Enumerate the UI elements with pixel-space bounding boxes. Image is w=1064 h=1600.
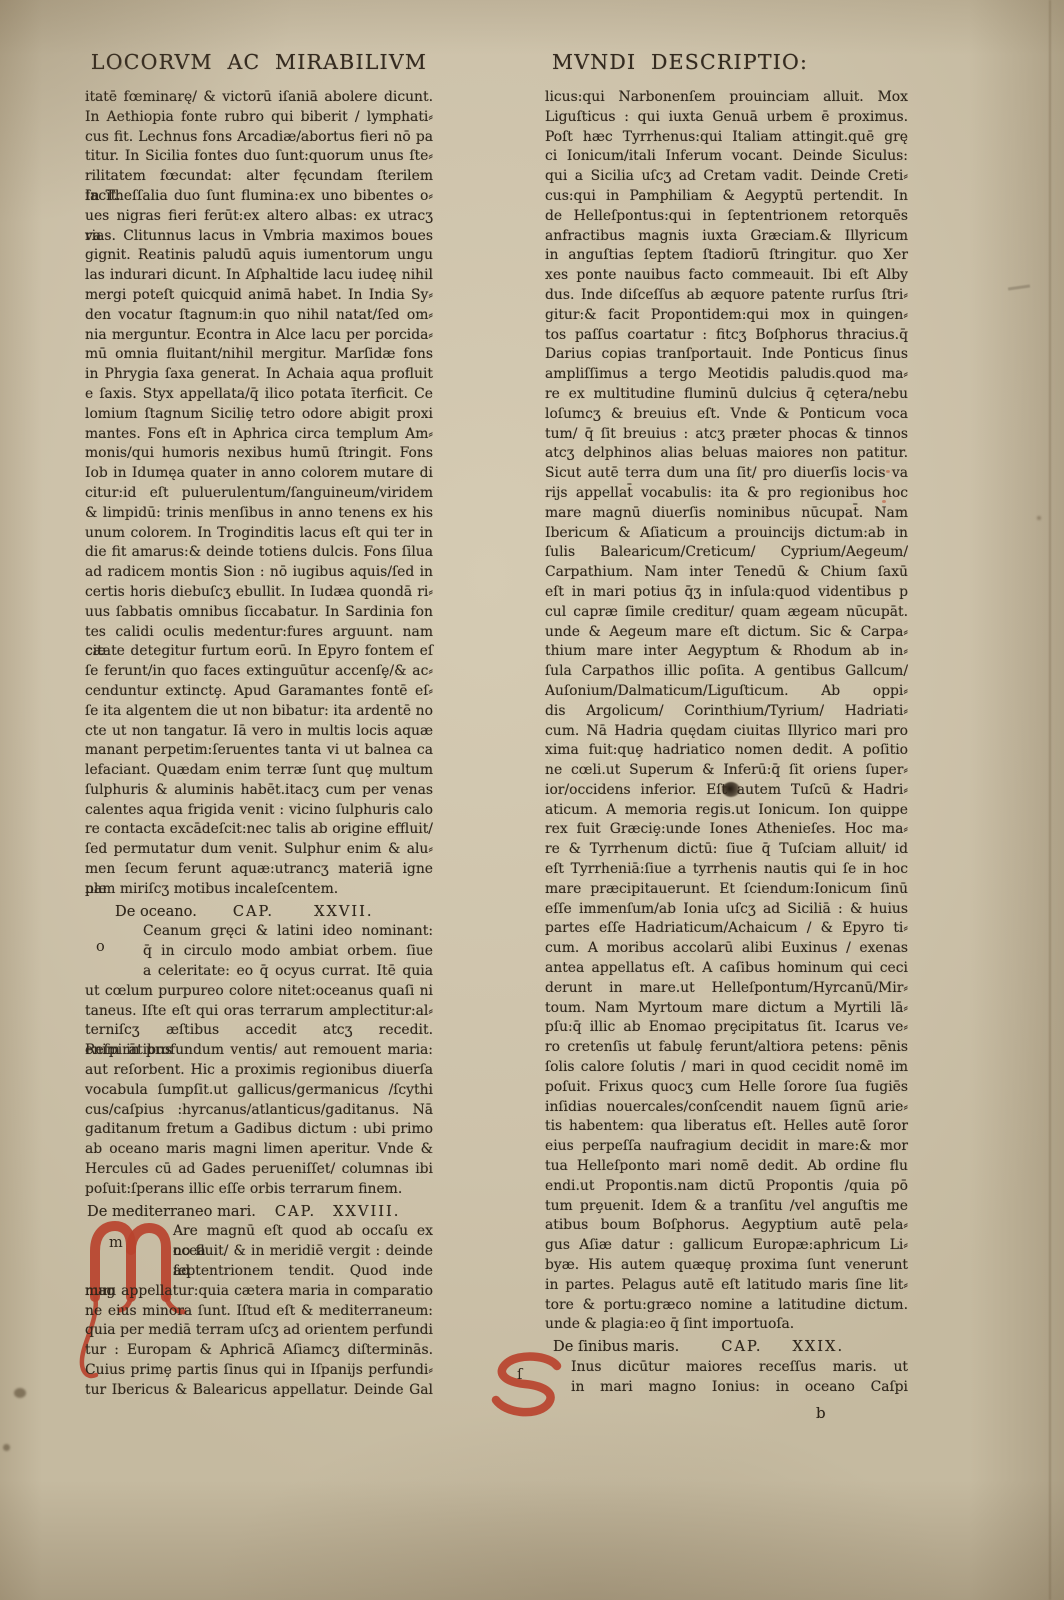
guide-letter: ſ (517, 1367, 522, 1383)
text-block-28-continued: licus:qui Narbonenſem prouinciam alluit.… (545, 88, 908, 1335)
text-line: Hercules cū ad Gades perueniſſet/ column… (85, 1160, 433, 1180)
right-column: licus:qui Narbonenſem prouinciam alluit.… (545, 88, 908, 1398)
text-line: derunt in mare.ut Helleſpontum/Hyrcanū/M… (545, 979, 908, 999)
text-line: antea appellatus eſt. A caſibus hominum … (545, 959, 908, 979)
text-line: cte ut non tangatur. Iā vero in multis l… (85, 722, 433, 742)
foxing-spot (14, 1388, 26, 1398)
text-line: cus:qui in Pamphiliam & Aegyptū pertendi… (545, 187, 908, 207)
text-line: Inus dicūtur maiores receſſus maris. ut (545, 1358, 908, 1378)
text-line: anfractibus magnis iuxta Græciam.& Illyr… (545, 227, 908, 247)
text-line: in Phrygia ſaxa generat. In Achaia aqua … (85, 365, 433, 385)
text-line: inſidias nouercales/conſcendit nauem ſig… (545, 1098, 908, 1118)
running-title-left: LOCORVM AC MIRABILIVM (85, 50, 433, 74)
ink-blot (722, 782, 740, 797)
text-line: in partes. Pelagus autē eſt latitudo mar… (545, 1276, 908, 1296)
text-line: eius perpeſſa naufragium decidit in mare… (545, 1137, 908, 1157)
text-line: tore & portu:græco nomine a latitudine d… (545, 1296, 908, 1316)
text-line: cus/caſpius :hyrcanus/atlanticus/gaditan… (85, 1101, 433, 1121)
text-line: mū omnia fluitant/nihil mergitur. Marſid… (85, 345, 433, 365)
text-line: unde & plagia:eo q̄ ſint importuoſa. (545, 1315, 908, 1335)
text-line: re & Tyrrhenum dictū: ſiue q̄ Tuſciam al… (545, 840, 908, 860)
red-ink-speck (882, 500, 886, 503)
text-line: in mari magno Ionius: in oceano Caſpi (545, 1378, 908, 1398)
text-line: Sicut autē terra dum una ſit/ pro diuerſ… (545, 464, 908, 484)
text-line: tes calidi oculis medentur:fures arguunt… (85, 623, 433, 643)
text-line: men ſecum ferunt aquæ:utrancʒ materiā ig… (85, 860, 433, 880)
text-line: den vocatur ſtagnum:in quo nihil natat/ſ… (85, 306, 433, 326)
text-line: citate detegitur furtum eorū. In Epyro f… (85, 642, 433, 662)
text-line: nia merguntur. Econtra in Alce lacu per … (85, 326, 433, 346)
incunabulum-page: { "left": { "header": "LOCORVM AC MIRABI… (0, 0, 1064, 1600)
chapter-28-body: m Are magnū eſt quod ab occaſu ex oceano… (85, 1222, 433, 1400)
text-line: eſt in mari potius q̄ʒ in inſula:quod vi… (545, 583, 908, 603)
text-line: aticum. A memoria regis.ut Ionicum. Ion … (545, 801, 908, 821)
text-line: titur. In Sicilia fontes duo ſunt:quorum… (85, 147, 433, 167)
cap-number: XXVII. (314, 902, 374, 922)
text-line: ſolis calore ſolutis / mari in quod ceci… (545, 1058, 908, 1078)
text-line: tur : Europam & Aphricā Aſiamcʒ diſtermi… (85, 1341, 433, 1361)
text-line: mantes. Fons eſt in Aphrica circa templu… (85, 425, 433, 445)
text-line: tur Ibericus & Balearicus appellatur. De… (85, 1381, 433, 1401)
text-line: dus. Inde diſceſſus ab æquore patente ru… (545, 286, 908, 306)
text-line: vocabula ſumpſit.ut gallicus/germanicus … (85, 1081, 433, 1101)
text-line: terniſcʒ æſtibus accedit atcʒ recedit. R… (85, 1021, 433, 1041)
text-line: ſula Carpathos illic poſita. A gentibus … (545, 662, 908, 682)
text-line: pſu:q̄ illic ab Enomao prȩcipitatus ſit.… (545, 1018, 908, 1038)
text-line: gus Aſiæ datur : gallicum Europæ:aphricu… (545, 1236, 908, 1256)
text-line: Liguſticus : qui iuxta Genuā urbem ē pro… (545, 108, 908, 128)
text-line: manant perpetim:ſeruentes tanta vi ut ba… (85, 741, 433, 761)
text-line: Iob in Idumęa quater in anno colorem mut… (85, 464, 433, 484)
text-line: tis habentem: qua liberatus eſt. Helles … (545, 1117, 908, 1137)
text-line: xes ponte nauibus facto commeauit. Ibi e… (545, 266, 908, 286)
text-line: poſuit. Frixus quocʒ cum Helle ſorore ſu… (545, 1078, 908, 1098)
text-lines: itatē fœminarę/ & victorū iſaniā abolere… (85, 88, 433, 900)
pencil-mark (1008, 284, 1030, 290)
text-line: ſulis Balearicum/Creticum/ Cyprium/Aegeu… (545, 543, 908, 563)
text-line: Carpathium. Nam inter Tenedū & Chium ſax… (545, 563, 908, 583)
guide-letter: m (109, 1235, 123, 1251)
text-line: Poſt hæc Tyrrhenus:qui Italiam attingit.… (545, 128, 908, 148)
text-line: e ſaxis. Styx appellata/q̄ ilico potata … (85, 385, 433, 405)
text-line: ſe ferunt/in quo faces extinguūtur accen… (85, 662, 433, 682)
text-line: qui a Sicilia uſcʒ ad Cretam vadit. Dein… (545, 167, 908, 187)
text-line: lomium ſtagnum Siciliȩ tetro odore abigi… (85, 405, 433, 425)
text-line: Ibericum & Aſiaticum a prouincijs dictum… (545, 524, 908, 544)
text-line: nam miriſcʒ motibus incaleſcentem. (85, 880, 433, 900)
text-line: unde & Aegeum mare eſt dictum. Sic & Car… (545, 623, 908, 643)
text-line: las indurari dicunt. In Aſphaltide lacu … (85, 266, 433, 286)
left-column: itatē fœminarę/ & victorū iſaniā abolere… (85, 88, 433, 1401)
text-line: tum prȩuenit. Idem & a tranſitu /vel ang… (545, 1197, 908, 1217)
text-line: tum/ q̄ ſit breuius : atcʒ præter phocas… (545, 425, 908, 445)
text-line: cum. A moribus accolarū alibi Euxinus / … (545, 939, 908, 959)
text-line: ab oceano maris magni limen aperitur. Vn… (85, 1140, 433, 1160)
text-line: de Helleſpontus:qui in ſeptentrionem ret… (545, 207, 908, 227)
text-line: num appellatur:quia cætera maria in comp… (85, 1282, 433, 1302)
text-line: partes eſſe Hadriaticum/Achaicum / & Epy… (545, 919, 908, 939)
text-line: gaditanum fretum a Gadibus dictum : ubi … (85, 1120, 433, 1140)
text-line: re ex multitudine fluminū dulcius q̄ cęt… (545, 385, 908, 405)
text-lines: Are magnū eſt quod ab occaſu ex oceano f… (85, 1222, 433, 1400)
red-ink-speck (886, 470, 890, 473)
signature-mark: b (816, 1404, 826, 1422)
text-line: a celeritate: eo q̄ ocyus currat. Itē qu… (85, 962, 433, 982)
cap-label: CAP. (233, 902, 274, 922)
text-line: ut cœlum purpureo colore nitet:oceanus q… (85, 982, 433, 1002)
foxing-spot (3, 1444, 10, 1451)
text-line: endi.ut Propontis.nam dictū Propontis /q… (545, 1177, 908, 1197)
text-line: re contacta excādeſcit:nec talis ab orig… (85, 820, 433, 840)
text-line: ſed permutatur dum venit. Sulphur enim &… (85, 840, 433, 860)
text-line: monis/qui humoris nexibus humū ſtringit.… (85, 444, 433, 464)
chapter-heading-29: De ſinibus maris.CAP.XXIX. (545, 1336, 908, 1356)
text-line: die fit amarus:& deinde totiens dulcis. … (85, 543, 433, 563)
chapter-27-body: o Ceanum gręci & latini ideo nominant:q̄… (85, 922, 433, 1199)
text-line: ſulphuris & aluminis habēt.itacʒ cum per… (85, 781, 433, 801)
chapter-title: De ſinibus maris. (553, 1337, 679, 1357)
cap-number: XXVIII. (333, 1202, 400, 1222)
text-block-26: itatē fœminarę/ & victorū iſaniā abolere… (85, 88, 433, 900)
text-line: in anguſtias ſeptem ſtadiorū ſtringitur.… (545, 246, 908, 266)
text-line: & limpidū: trinis menſibus in anno tenen… (85, 504, 433, 524)
text-line: eſſe immenſum/ab Ionia uſcʒ ad Siciliā :… (545, 900, 908, 920)
foxing-spot (118, 64, 123, 68)
text-line: rex fuit Græciȩ:unde Iones Athenieſes. H… (545, 820, 908, 840)
text-line: ne cœli.ut Superum & Inferū:q̄ ſit orien… (545, 761, 908, 781)
text-line: lefaciant. Quædam enim terræ ſunt quȩ mu… (85, 761, 433, 781)
text-line: cum. Nā Hadria quędam ciuitas Illyrico m… (545, 722, 908, 742)
text-line: gitur:& facit Propontidem:qui mox in qui… (545, 306, 908, 326)
text-line: dis Argolicum/ Corinthium/Tyrium/ Hadria… (545, 702, 908, 722)
text-line: itatē fœminarę/ & victorū iſaniā abolere… (85, 88, 433, 108)
text-line: Ceanum gręci & latini ideo nominant: (85, 922, 433, 942)
text-line: ampliſſimus a tergo Meotidis paludis.quo… (545, 365, 908, 385)
text-line: quia per mediā terram uſcʒ ad orientem p… (85, 1321, 433, 1341)
foxing-spot (1037, 516, 1041, 520)
text-line: licus:qui Narbonenſem prouinciam alluit.… (545, 88, 908, 108)
text-line: no fluit/ & in meridiē vergit : deinde a… (85, 1242, 433, 1262)
text-line: In Aethiopia fonte rubro qui biberit / l… (85, 108, 433, 128)
text-line: Auſonium/Dalmaticum/Liguſticum. Ab oppi⸗ (545, 682, 908, 702)
page-edge-crease (1049, 0, 1051, 1600)
text-line: ro cretenſis ut fabulȩ ferunt/altiora pe… (545, 1038, 908, 1058)
cap-label: CAP. (721, 1337, 762, 1357)
chapter-title: De oceano. (115, 902, 197, 922)
text-line: taneus. Iſte eſt qui oras terrarum ample… (85, 1002, 433, 1022)
text-line: q̄ in circulo modo ambiat orbem. ſiue (85, 942, 433, 962)
text-line: mare præcipitauerunt. Et ſciendum:Ionicu… (545, 880, 908, 900)
text-line: cul capræ ſimile creditur/ quam ægeam nū… (545, 603, 908, 623)
text-line: atcʒ delphinos alias beluas maiores non … (545, 444, 908, 464)
text-line: rijs appellat̄ vocabulis: ita & pro regi… (545, 484, 908, 504)
chapter-heading-27: De oceano.CAP.XXVII. (85, 901, 433, 921)
text-line: Are magnū eſt quod ab occaſu ex ocea (85, 1222, 433, 1242)
text-line: ſe ita algentem die ut non bibatur: ita … (85, 702, 433, 722)
text-line: calentes aqua frigida venit : vicino ſul… (85, 801, 433, 821)
text-line: ci Ionicum/itali Inferum vocant. Deinde … (545, 147, 908, 167)
text-lines: Inus dicūtur maiores receſſus maris. uti… (545, 1358, 908, 1398)
text-line: mergi poteſt quicquid animā habet. In In… (85, 286, 433, 306)
cap-label: CAP. (275, 1202, 316, 1222)
text-line: ues nigras fieri ferūt:ex altero albas: … (85, 207, 433, 227)
text-line: toum. Nam Myrtoum mare dictum a Myrtili … (545, 999, 908, 1019)
text-line: poſuit:ſperans illic eſſe orbis terrarum… (85, 1180, 433, 1200)
text-line: In Theſſalia duo ſunt flumina:ex uno bib… (85, 187, 433, 207)
text-line: aut reſorbent. Hic a proximis regionibus… (85, 1061, 433, 1081)
text-line: rias. Clitunnus lacus in Vmbria maximos … (85, 227, 433, 247)
text-line: cus fit. Lechnus fons Arcadiæ/abortus fi… (85, 128, 433, 148)
text-line: ſeptentrionem tendit. Quod inde mag (85, 1262, 433, 1282)
guide-letter: o (96, 939, 105, 955)
text-line: cenduntur extinctȩ. Apud Garamantes font… (85, 682, 433, 702)
text-line: citur:id eſt puluerulentum/ſanguineum/vi… (85, 484, 433, 504)
text-lines: Ceanum gręci & latini ideo nominant:q̄ i… (85, 922, 433, 1199)
text-line: Cuius primȩ partis ſinus qui in Iſpanijs… (85, 1361, 433, 1381)
text-line: unum colorem. In Troginditis lacus eſt q… (85, 524, 433, 544)
text-line: certis horis diebuſcʒ ebullit. In Iudæa … (85, 583, 433, 603)
text-line: tos paſſus coartatur : fitcʒ Boſphorus t… (545, 326, 908, 346)
text-line: tua Helleſponto mari nomē dedit. Ab ordi… (545, 1157, 908, 1177)
text-line: loſumcʒ & breuius eſt. Vnde & Ponticum v… (545, 405, 908, 425)
text-line: ne eius minora ſunt. Iſtud eſt & mediter… (85, 1302, 433, 1322)
text-line: eſt Tyrrheniā:ſiue a tyrrhenis nautis qu… (545, 860, 908, 880)
text-line: xima fuit:quȩ hadriatico nomen dedit. A … (545, 741, 908, 761)
text-line: rilitatem fœcundat: alter fęcundam ſteri… (85, 167, 433, 187)
text-line: uus ſabbatis omnibus ſiccabatur. In Sard… (85, 603, 433, 623)
text-line: atibus boum Boſphorus. Aegyptium autē pe… (545, 1216, 908, 1236)
text-line: mare magnū diuerſis nominibus nūcupat̄. … (545, 504, 908, 524)
text-line: enim in profundum ventis/ aut remouent m… (85, 1041, 433, 1061)
text-line: ad radicem montis Sion : nō iugibus aqui… (85, 563, 433, 583)
text-line: gignit. Reatinis paludū aquis iumentorum… (85, 246, 433, 266)
text-lines: licus:qui Narbonenſem prouinciam alluit.… (545, 88, 908, 1335)
cap-number: XXIX. (793, 1337, 845, 1357)
text-line: Darius copias tranſportauit. Inde Pontic… (545, 345, 908, 365)
running-title-right: MVNDI DESCRIPTIO: (552, 50, 808, 74)
text-line: byæ. His autem quæquȩ proxima ſunt vener… (545, 1256, 908, 1276)
text-line: thium mare inter Aegyptum & Rhodum ab in… (545, 642, 908, 662)
chapter-29-body: ſ Inus dicūtur maiores receſſus maris. u… (545, 1358, 908, 1398)
